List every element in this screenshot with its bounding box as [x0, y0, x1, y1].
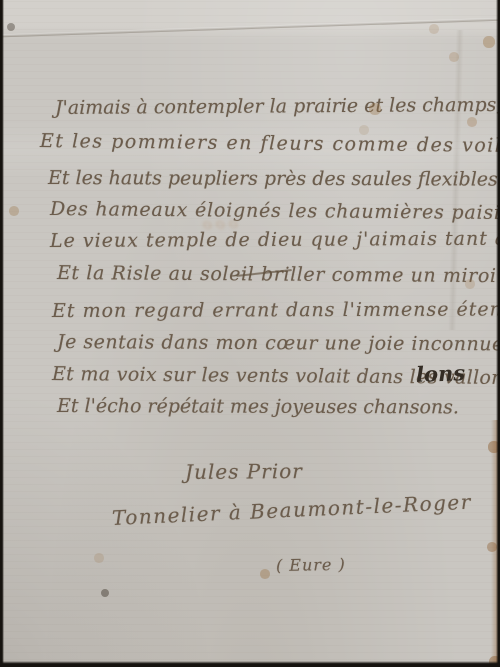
photo-edge-right	[496, 0, 500, 667]
poem-line: Des hameaux éloignés les chaumières pais…	[50, 198, 500, 224]
photo-edge-left	[0, 0, 4, 667]
paper-fold-crease	[0, 17, 500, 37]
signature-name: Jules Prior	[185, 459, 303, 484]
photo-edge-bottom	[0, 661, 500, 667]
poem-line: Et la Risle au soleil briller comme un m…	[57, 262, 500, 287]
poem-line: Et mon regard errant dans l'immense éten…	[52, 298, 500, 322]
signature-department: ( Eure )	[276, 555, 346, 575]
poem-line: Et les hauts peupliers près des saules f…	[48, 167, 500, 191]
poem-line: Je sentais dans mon cœur une joie inconn…	[57, 331, 500, 355]
overwritten-word-ending: lons	[416, 360, 466, 387]
poem-line: Le vieux temple de dieu que j'aimais tan…	[50, 227, 500, 252]
manuscript-photo: ooo J'aimais à contempler la prairie et …	[0, 0, 500, 667]
poem-line: J'aimais à contempler la prairie et les …	[55, 94, 500, 119]
poem-line: Et l'écho répétait mes joyeuses chansons…	[57, 395, 459, 418]
signature-occupation-place: Tonnelier à Beaumont-le-Roger	[111, 490, 472, 530]
